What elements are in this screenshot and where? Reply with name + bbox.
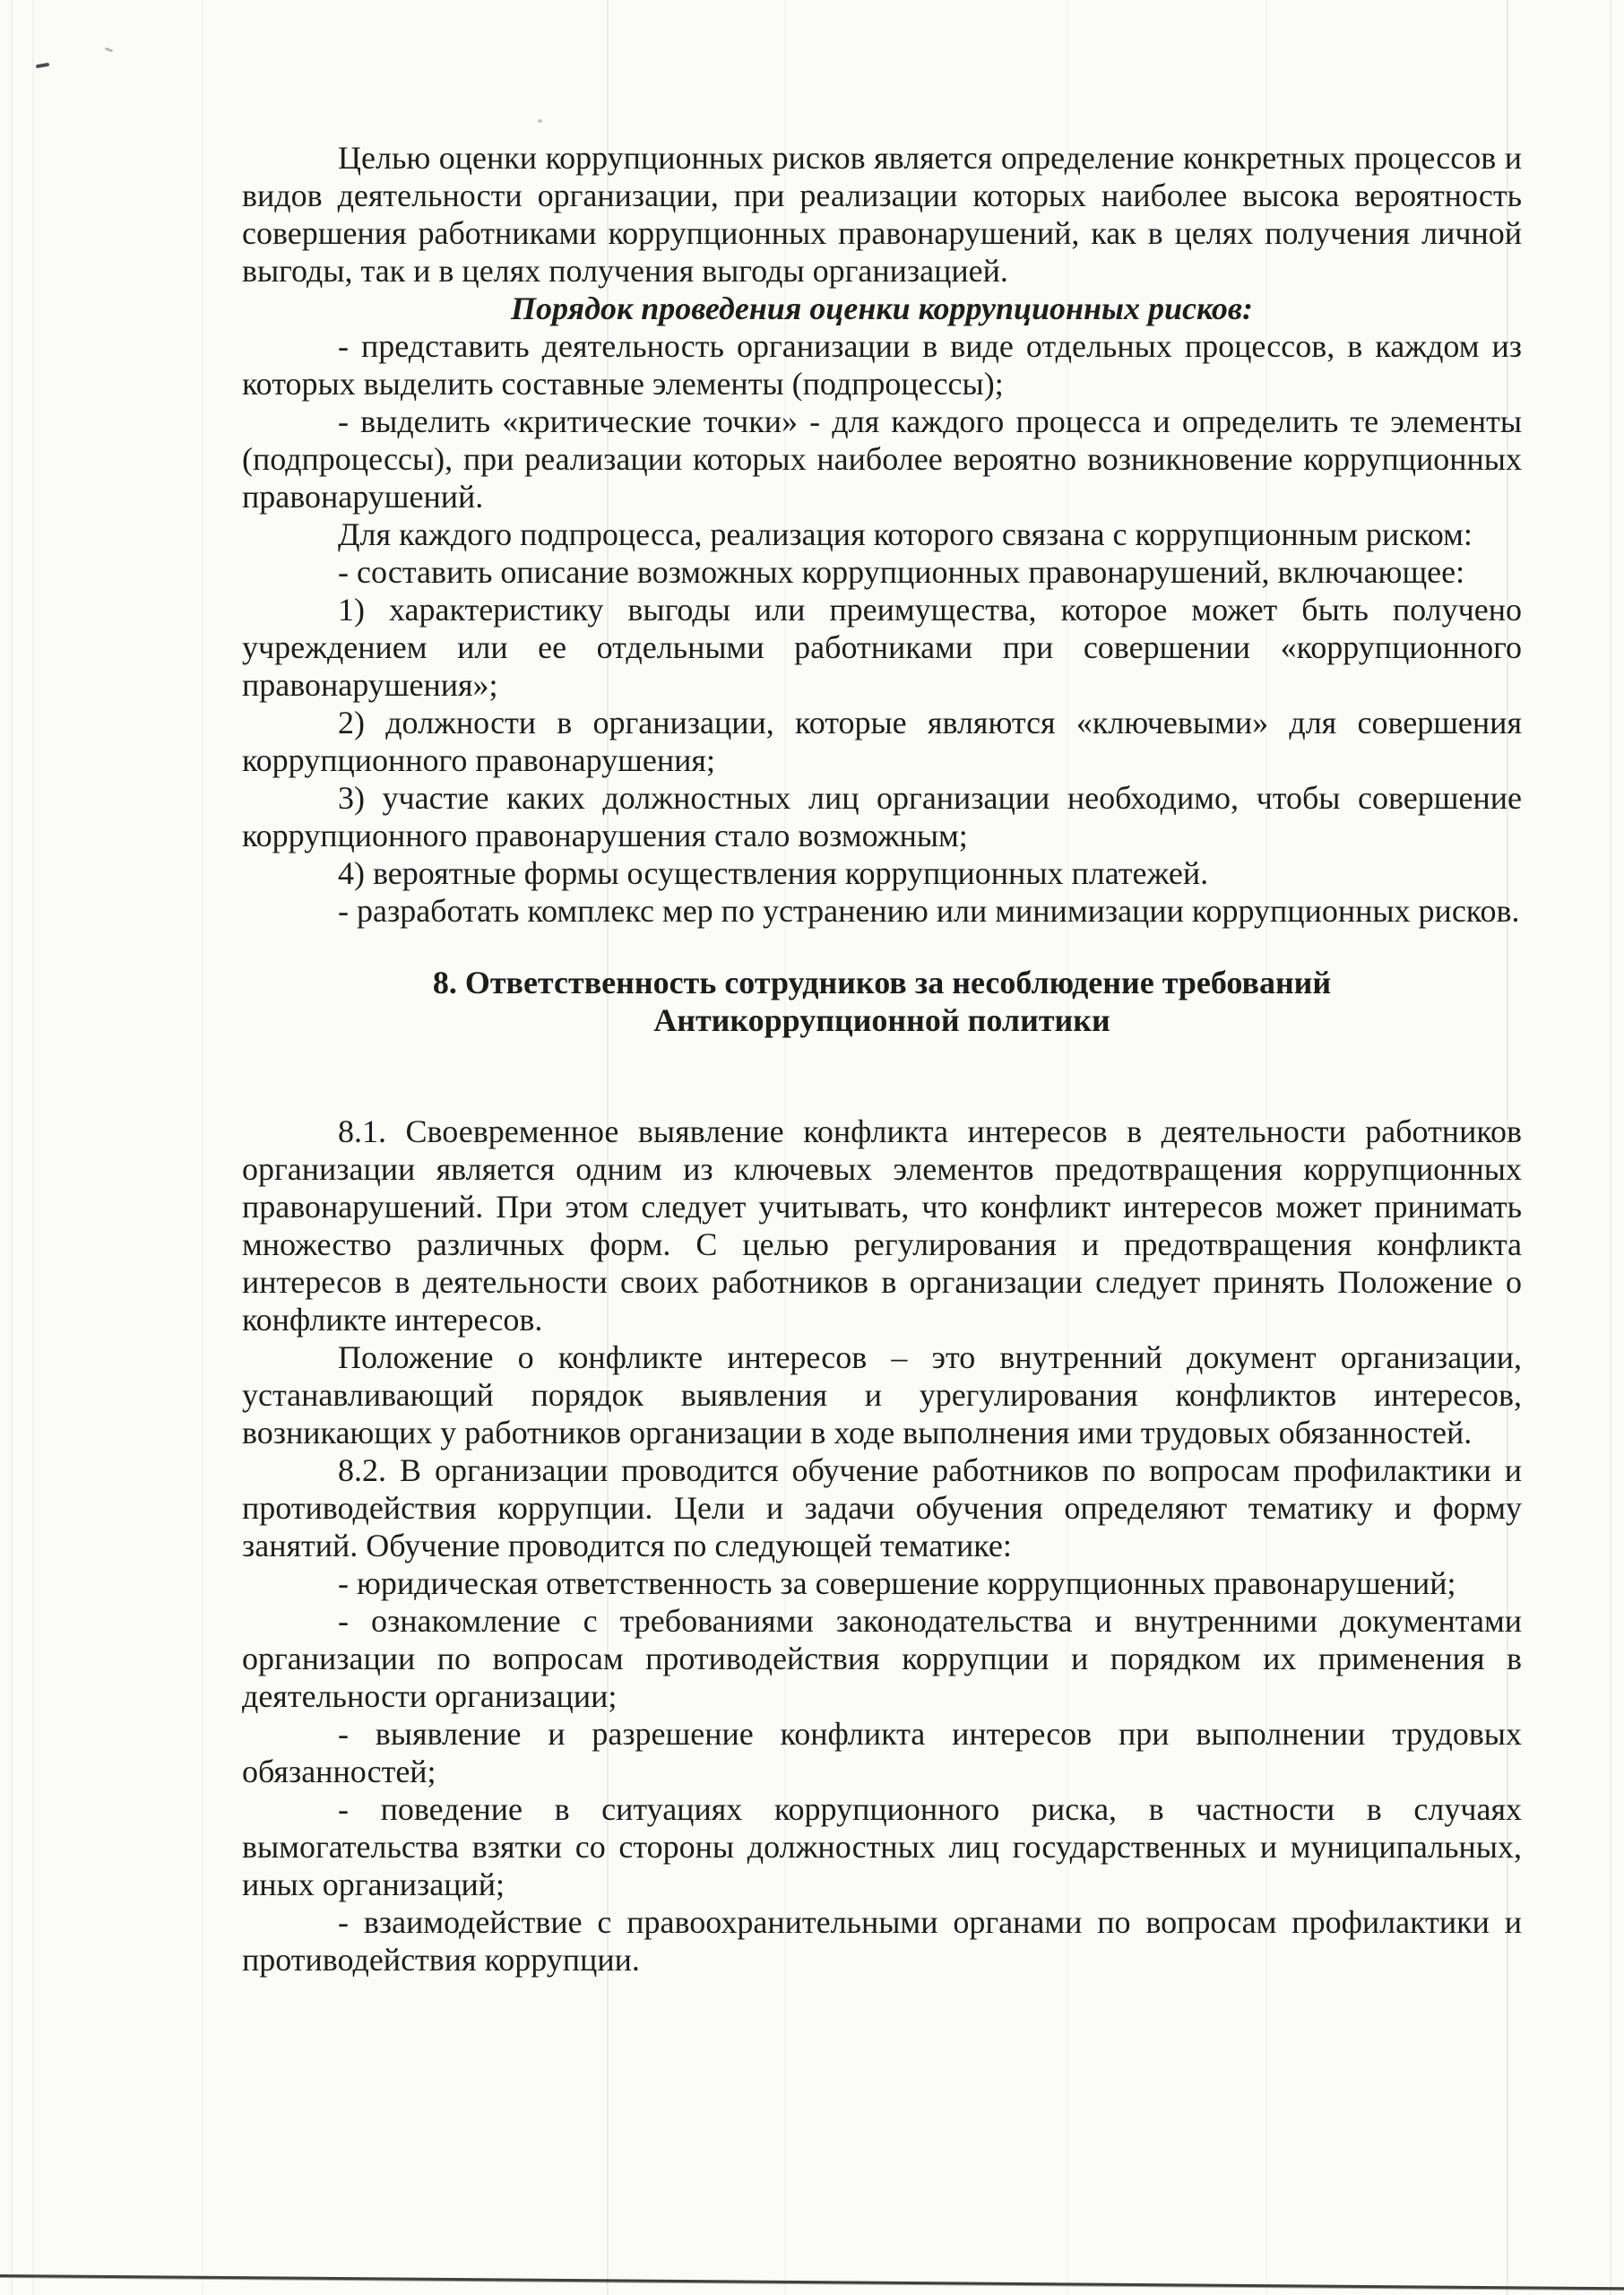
- section-8-heading: 8. Ответственность сотрудников за несобл…: [242, 964, 1522, 1039]
- section-8-heading-line2: Антикоррупционной политики: [242, 1001, 1522, 1039]
- scanner-streak: [1610, 0, 1611, 2295]
- procedure-item: - составить описание возможных коррупцио…: [242, 553, 1522, 591]
- procedure-item: 4) вероятные формы осуществления коррупц…: [242, 854, 1522, 892]
- scan-artifact-tick: [105, 47, 113, 52]
- section-8-paragraph: - ознакомление с требованиями законодате…: [242, 1602, 1522, 1715]
- section-8-paragraph: - выявление и разрешение конфликта интер…: [242, 1715, 1522, 1790]
- section-8-paragraph: - юридическая ответственность за соверше…: [242, 1564, 1522, 1602]
- procedure-heading: Порядок проведения оценки коррупционных …: [242, 290, 1522, 327]
- procedure-item: - представить деятельность организации в…: [242, 327, 1522, 403]
- scanned-document-page: { "page": { "colors": { "background": "#…: [0, 0, 1624, 2295]
- scan-artifact-dash: [36, 63, 49, 69]
- document-text: Целью оценки коррупционных рисков являет…: [242, 139, 1522, 1979]
- section-8-paragraph: 8.2. В организации проводится обучение р…: [242, 1451, 1522, 1564]
- section-8-heading-line1: 8. Ответственность сотрудников за несобл…: [242, 964, 1522, 1001]
- intro-paragraph: Целью оценки коррупционных рисков являет…: [242, 139, 1522, 290]
- section-8-paragraph: - поведение в ситуациях коррупционного р…: [242, 1790, 1522, 1903]
- scanner-streak: [32, 0, 34, 2295]
- procedure-item: 1) характеристику выгоды или преимуществ…: [242, 591, 1522, 704]
- scan-edge-line: [0, 2274, 1624, 2290]
- section-8-paragraph: 8.1. Своевременное выявление конфликта и…: [242, 1113, 1522, 1338]
- procedure-item: Для каждого подпроцесса, реализация кото…: [242, 515, 1522, 553]
- section-8-paragraph: - взаимодействие с правоохранительными о…: [242, 1903, 1522, 1979]
- scanner-streak: [11, 0, 13, 2295]
- document-page: Целью оценки коррупционных рисков являет…: [0, 0, 1624, 2295]
- procedure-item: 3) участие каких должностных лиц организ…: [242, 779, 1522, 854]
- section-8-paragraph: Положение о конфликте интересов – это вн…: [242, 1338, 1522, 1451]
- scan-artifact-dot: [538, 119, 542, 123]
- procedure-item: - разработать комплекс мер по устранению…: [242, 892, 1522, 930]
- procedure-item: 2) должности в организации, которые явля…: [242, 704, 1522, 779]
- scanner-streak: [202, 0, 203, 2295]
- procedure-item: - выделить «критические точки» - для каж…: [242, 403, 1522, 515]
